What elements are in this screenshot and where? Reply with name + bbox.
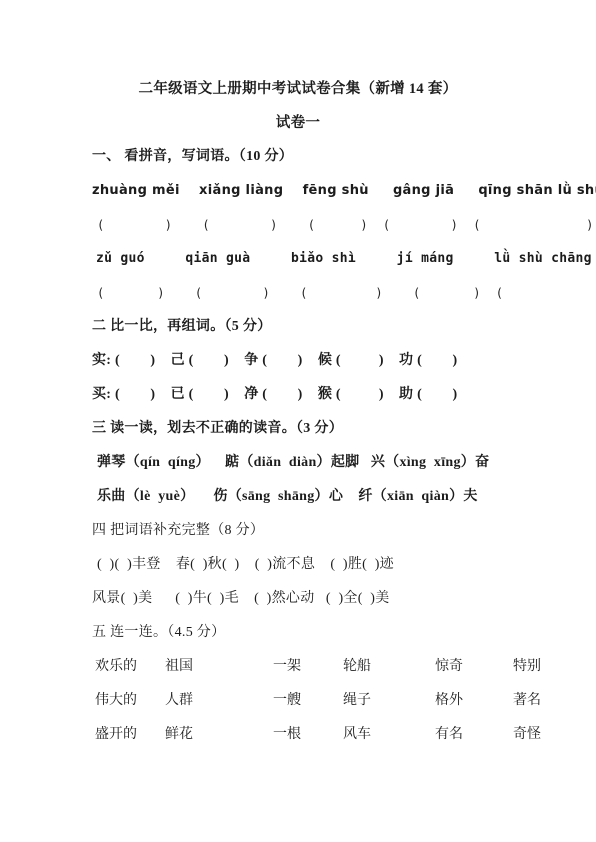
- matching-cell: 轮船: [343, 650, 435, 684]
- matching-cell: 一根: [273, 718, 343, 752]
- compare-words-row-2: 买: ( ) 已 ( ) 净 ( ) 猴 ( ) 助 ( ): [92, 378, 576, 412]
- matching-cell: 人群: [165, 684, 273, 718]
- matching-cell: 格外: [435, 684, 513, 718]
- matching-cell: 祖国: [165, 650, 273, 684]
- matching-cell: 奇怪: [513, 718, 576, 752]
- matching-cell: 一架: [273, 650, 343, 684]
- section-4-heading: 四 把词语补充完整（8 分）: [92, 514, 576, 548]
- paper-title: 试卷一: [0, 106, 596, 140]
- matching-cell: 伟大的: [95, 684, 165, 718]
- matching-row: 欢乐的 祖国 一架 轮船 惊奇 特别: [95, 650, 576, 684]
- matching-table: 欢乐的 祖国 一架 轮船 惊奇 特别 伟大的 人群 一艘 绳子 格外 著名 盛开…: [92, 650, 576, 752]
- exam-collection-title: 二年级语文上册期中考试试卷合集（新增 14 套）: [0, 72, 596, 106]
- section-3-heading: 三 读一读，划去不正确的读音。（3 分）: [92, 412, 576, 446]
- exam-paper-page: 二年级语文上册期中考试试卷合集（新增 14 套） 试卷一 一、 看拼音，写词语。…: [0, 0, 596, 842]
- answer-blanks-row-2: ( ) ( ) ( ) ( ) ( ): [97, 276, 576, 310]
- matching-row: 盛开的 鲜花 一根 风车 有名 奇怪: [95, 718, 576, 752]
- matching-cell: 盛开的: [95, 718, 165, 752]
- pronunciation-line-2: 乐曲（lè yuè） 伤（sāng shāng）心 纤（xiān qiàn）夫: [97, 480, 576, 514]
- matching-row: 伟大的 人群 一艘 绳子 格外 著名: [95, 684, 576, 718]
- section-1-heading: 一、 看拼音，写词语。（10 分）: [92, 140, 576, 174]
- matching-cell: 绳子: [343, 684, 435, 718]
- pinyin-row-1: zhuàng měi xiǎng liàng fēng shù gâng jiā…: [92, 174, 576, 208]
- complete-words-line-1: ( )( )丰登 春( )秋( ) ( )流不息 ( )胜( )迹: [97, 548, 576, 582]
- complete-words-line-2: 风景( )美 ( )牛( )毛 ( )然心动 ( )全( )美: [92, 582, 576, 616]
- answer-blanks-row-1: ( ) ( ) ( ) ( ) ( ): [97, 208, 576, 242]
- matching-cell: 一艘: [273, 684, 343, 718]
- matching-cell: 鲜花: [165, 718, 273, 752]
- matching-cell: 风车: [343, 718, 435, 752]
- pinyin-row-2: zǔ guó qiān guà biǎo shì jí máng lǜ shù …: [96, 242, 576, 276]
- matching-cell: 欢乐的: [95, 650, 165, 684]
- matching-cell: 特别: [513, 650, 576, 684]
- matching-cell: 有名: [435, 718, 513, 752]
- section-2-heading: 二 比一比，再组词。（5 分）: [92, 310, 576, 344]
- matching-cell: 惊奇: [435, 650, 513, 684]
- section-5-heading: 五 连一连。（4.5 分）: [92, 616, 576, 650]
- pronunciation-line-1: 弹琴（qín qíng） 踮（diǎn diàn）起脚 兴（xìng xīng）…: [97, 446, 576, 480]
- matching-cell: 著名: [513, 684, 576, 718]
- compare-words-row-1: 实: ( ) 己 ( ) 争 ( ) 候 ( ) 功 ( ): [92, 344, 576, 378]
